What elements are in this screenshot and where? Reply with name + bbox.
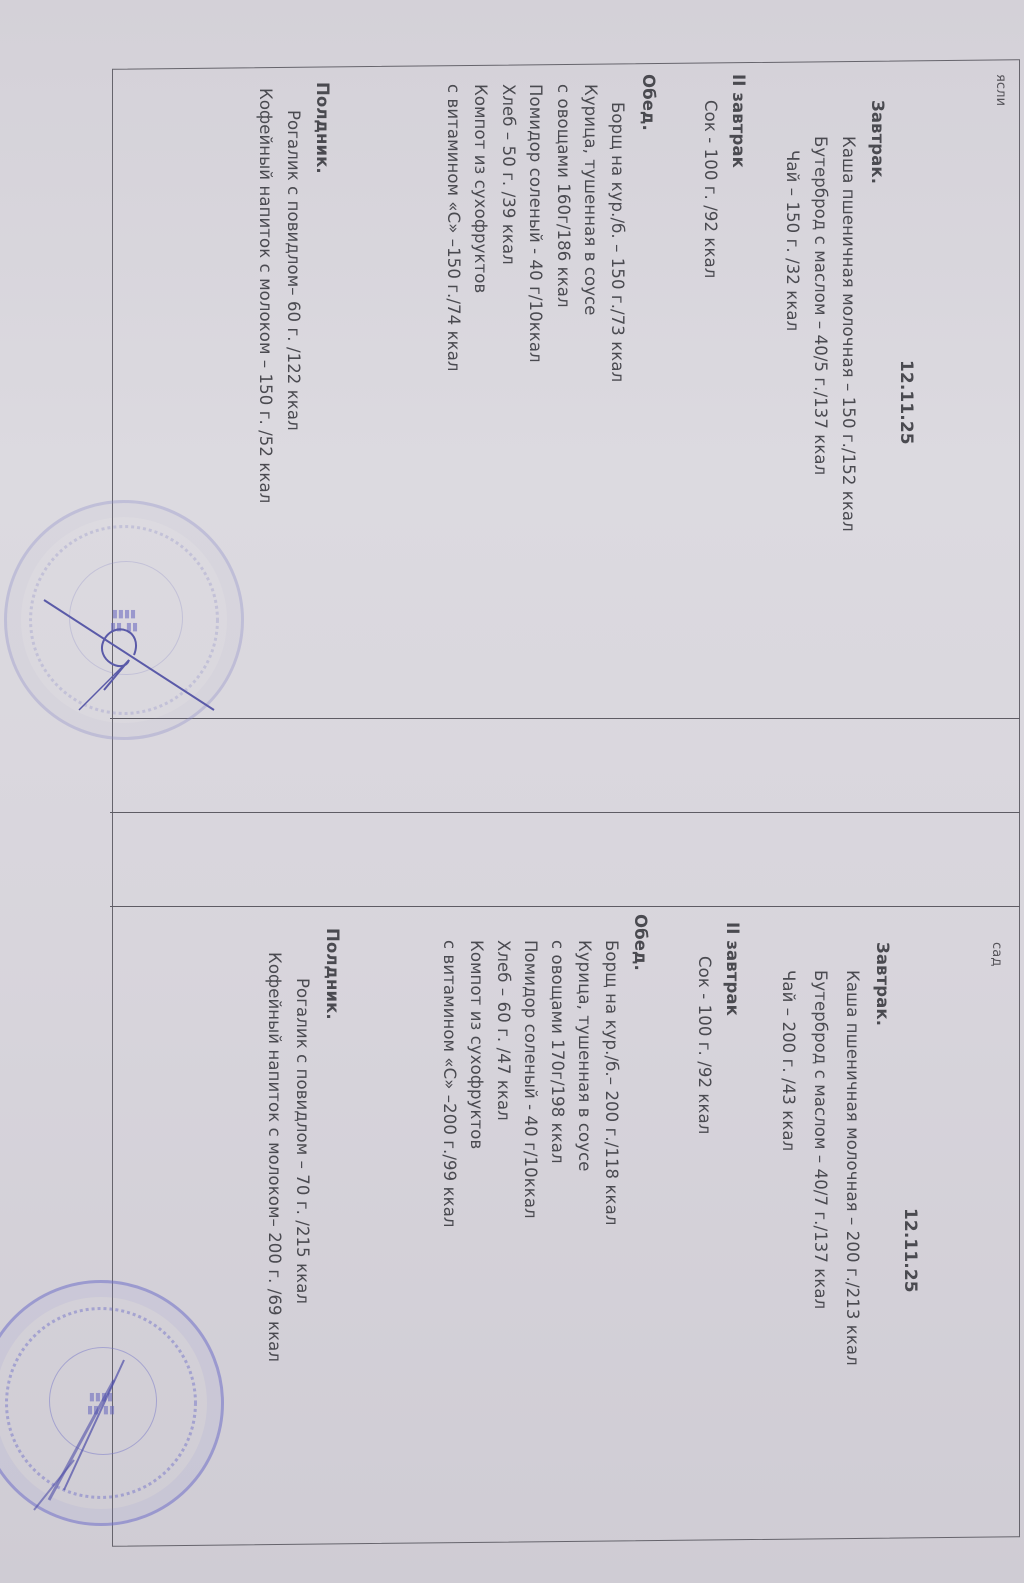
menu-item: Каша пшеничная молочная – 200 г./213 кка… bbox=[842, 970, 862, 1366]
menu-item: Компот из сухофруктов bbox=[466, 940, 486, 1149]
menu-item: Сок - 100 г. /92 ккал bbox=[694, 956, 714, 1134]
meal-title-snack: Полдник. bbox=[312, 82, 332, 174]
menu-item: Помидор соленый - 40 г/10ккал bbox=[525, 84, 545, 363]
menu-date: 12.11.25 bbox=[896, 360, 916, 445]
menu-item: Рогалик с повидлом– 60 г. /122 ккал bbox=[283, 110, 303, 431]
menu-item: с витамином «С» –150 г./74 ккал bbox=[443, 84, 463, 372]
menu-item: Сок - 100 г. /92 ккал bbox=[700, 100, 720, 278]
menu-item: Чай – 150 г. /32 ккал bbox=[782, 150, 802, 331]
signature-1 bbox=[34, 560, 254, 740]
menu-item: с овощами 170г/198 ккал bbox=[547, 940, 567, 1164]
menu-sheet: ясли 12.11.25 Завтрак. Каша пшеничная мо… bbox=[0, 0, 1024, 1583]
menu-date: 12.11.25 bbox=[900, 1208, 920, 1293]
menu-item: Курица, тушенная в соусе bbox=[574, 940, 594, 1172]
column-divider bbox=[110, 906, 1020, 907]
meal-title-snack: Полдник. bbox=[322, 928, 342, 1020]
menu-item: Каша пшеничная молочная – 150 г./152 кка… bbox=[838, 136, 858, 532]
meal-title-second-breakfast: II завтрак bbox=[722, 922, 742, 1016]
menu-item: Рогалик с повидлом – 70 г. /215 ккал bbox=[292, 978, 312, 1304]
menu-item: Чай – 200 г. /43 ккал bbox=[778, 970, 798, 1151]
menu-item: Кофейный напиток с молоком– 200 г. /69 к… bbox=[264, 952, 284, 1362]
group-label: сад bbox=[986, 942, 1006, 966]
menu-item: Кофейный напиток с молоком – 150 г. /52 … bbox=[255, 88, 275, 503]
meal-title-lunch: Обед. bbox=[638, 74, 658, 131]
menu-item: Хлеб – 50 г. /39 ккал bbox=[498, 84, 518, 265]
menu-item: Помидор соленый - 40 г/10ккал bbox=[520, 940, 540, 1219]
meal-title-lunch: Обед. bbox=[630, 914, 650, 971]
menu-item: Компот из сухофруктов bbox=[470, 84, 490, 293]
meal-title-breakfast: Завтрак. bbox=[872, 942, 892, 1026]
menu-item: с витамином «С» –200 г./99 ккал bbox=[439, 940, 459, 1228]
menu-item: Бутерброд с маслом – 40/7 г./137 ккал bbox=[810, 970, 830, 1309]
group-label: ясли bbox=[990, 74, 1010, 106]
menu-item: Борщ на кур./б.– 200 г./118 ккал bbox=[601, 940, 621, 1225]
menu-item: с овощами 160г/186 ккал bbox=[553, 84, 573, 308]
menu-item: Бутерброд с маслом – 40/5 г./137 ккал bbox=[810, 136, 830, 475]
menu-item: Курица, тушенная в соусе bbox=[580, 84, 600, 316]
menu-item: Борщ на кур./б. – 150 г./73 ккал bbox=[607, 102, 627, 382]
signature-2 bbox=[24, 1340, 224, 1520]
menu-item: Хлеб – 60 г. /47 ккал bbox=[493, 940, 513, 1121]
column-divider bbox=[110, 812, 1020, 813]
meal-title-breakfast: Завтрак. bbox=[867, 100, 887, 184]
meal-title-second-breakfast: II завтрак bbox=[728, 74, 748, 168]
